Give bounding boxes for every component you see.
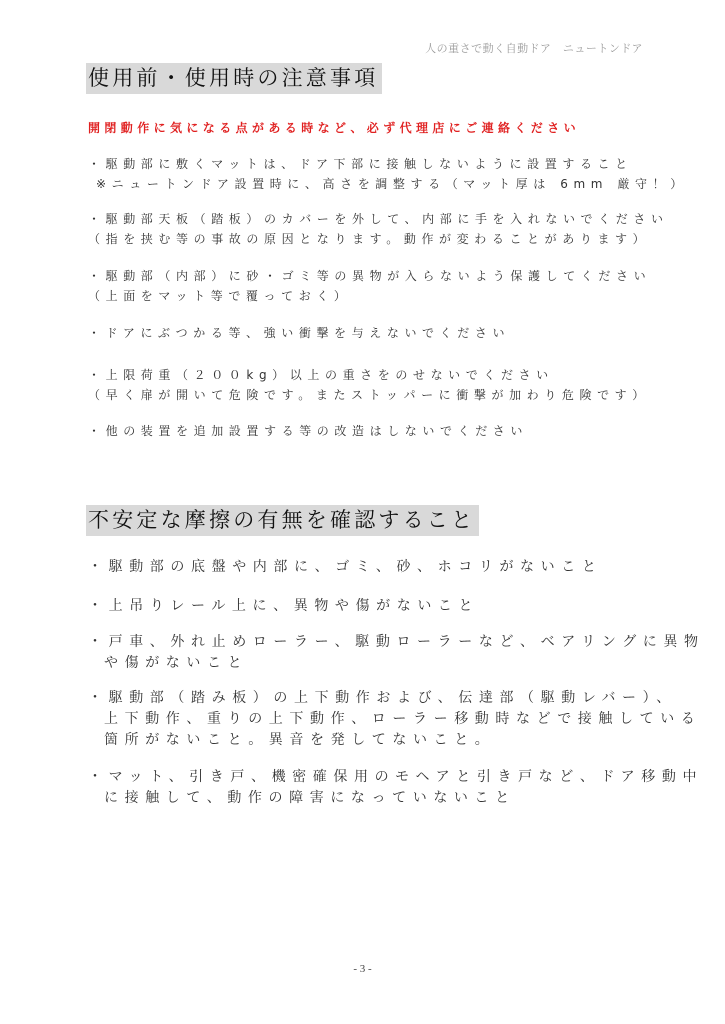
page-number: - 3 -	[0, 963, 725, 975]
item-note-line: （上面をマット等で覆っておく）	[88, 286, 651, 306]
item-line: ・駆動部天板（踏板）のカバーを外して、内部に手を入れないでください	[88, 209, 669, 229]
document-header-note: 人の重さで動く自動ドア ニュートンドア	[425, 40, 643, 56]
item-line: ・ドアにぶつかる等、強い衝撃を与えないでください	[88, 323, 510, 343]
precaution-item-debris: ・駆動部（内部）に砂・ゴミ等の異物が入らないよう保護してください （上面をマット…	[88, 266, 651, 306]
item-note-line: （早く扉が開いて危険です。またストッパーに衝撃が加わり危険です）	[88, 385, 650, 405]
check-item-drive-base: ・駆動部の底盤や内部に、ゴミ、砂、ホコリがないこと	[88, 557, 602, 578]
precaution-item-modification: ・他の装置を追加設置する等の改造はしないでください	[88, 421, 528, 441]
section-title-precautions: 使用前・使用時の注意事項	[86, 63, 382, 94]
item-line: ・マット、引き戸、機密確保用のモヘアと引き戸など、ドア移動中	[88, 767, 703, 788]
check-item-rollers: ・戸車、外れ止めローラー、駆動ローラーなど、ベアリングに異物 や傷がないこと	[88, 632, 705, 674]
precaution-item-mat: ・駆動部に敷くマットは、ドア下部に接触しないように設置すること ※ニュートンドア…	[88, 154, 688, 194]
check-item-moving-parts: ・駆動部（踏み板）の上下動作および、伝達部（駆動レバー）、 上下動作、重りの上下…	[88, 688, 701, 751]
item-line-continued: 箇所がないこと。異音を発してないこと。	[88, 730, 701, 751]
check-item-mat-and-door: ・マット、引き戸、機密確保用のモヘアと引き戸など、ドア移動中 に接触して、動作の…	[88, 767, 703, 809]
item-line: ・駆動部に敷くマットは、ドア下部に接触しないように設置すること	[88, 154, 688, 174]
precaution-item-impact: ・ドアにぶつかる等、強い衝撃を与えないでください	[88, 323, 510, 343]
item-note-line: ※ニュートンドア設置時に、高さを調整する（マット厚は 6mm 厳守！）	[88, 174, 688, 194]
item-line-continued: や傷がないこと	[88, 653, 705, 674]
warning-contact-dealer: 開閉動作に気になる点がある時など、必ず代理店にご連絡ください	[88, 119, 580, 136]
item-line: ・駆動部の底盤や内部に、ゴミ、砂、ホコリがないこと	[88, 557, 602, 578]
item-line-continued: 上下動作、重りの上下動作、ローラー移動時などで接触している	[88, 709, 701, 730]
item-line: ・戸車、外れ止めローラー、駆動ローラーなど、ベアリングに異物	[88, 632, 705, 653]
precaution-item-cover: ・駆動部天板（踏板）のカバーを外して、内部に手を入れないでください （指を挟む等…	[88, 209, 669, 249]
check-item-rail: ・上吊りレール上に、異物や傷がないこと	[88, 596, 479, 617]
item-line: ・他の装置を追加設置する等の改造はしないでください	[88, 421, 528, 441]
item-note-line: （指を挟む等の事故の原因となります。動作が変わることがあります）	[88, 229, 669, 249]
item-line-continued: に接触して、動作の障害になっていないこと	[88, 788, 703, 809]
precaution-item-load-limit: ・上限荷重（２００kg）以上の重さをのせないでください （早く扉が開いて危険です…	[88, 365, 650, 405]
item-line: ・上限荷重（２００kg）以上の重さをのせないでください	[88, 365, 650, 385]
item-line: ・駆動部（内部）に砂・ゴミ等の異物が入らないよう保護してください	[88, 266, 651, 286]
item-line: ・駆動部（踏み板）の上下動作および、伝達部（駆動レバー）、	[88, 688, 701, 709]
item-line: ・上吊りレール上に、異物や傷がないこと	[88, 596, 479, 617]
section-title-friction-check: 不安定な摩擦の有無を確認すること	[86, 505, 479, 536]
